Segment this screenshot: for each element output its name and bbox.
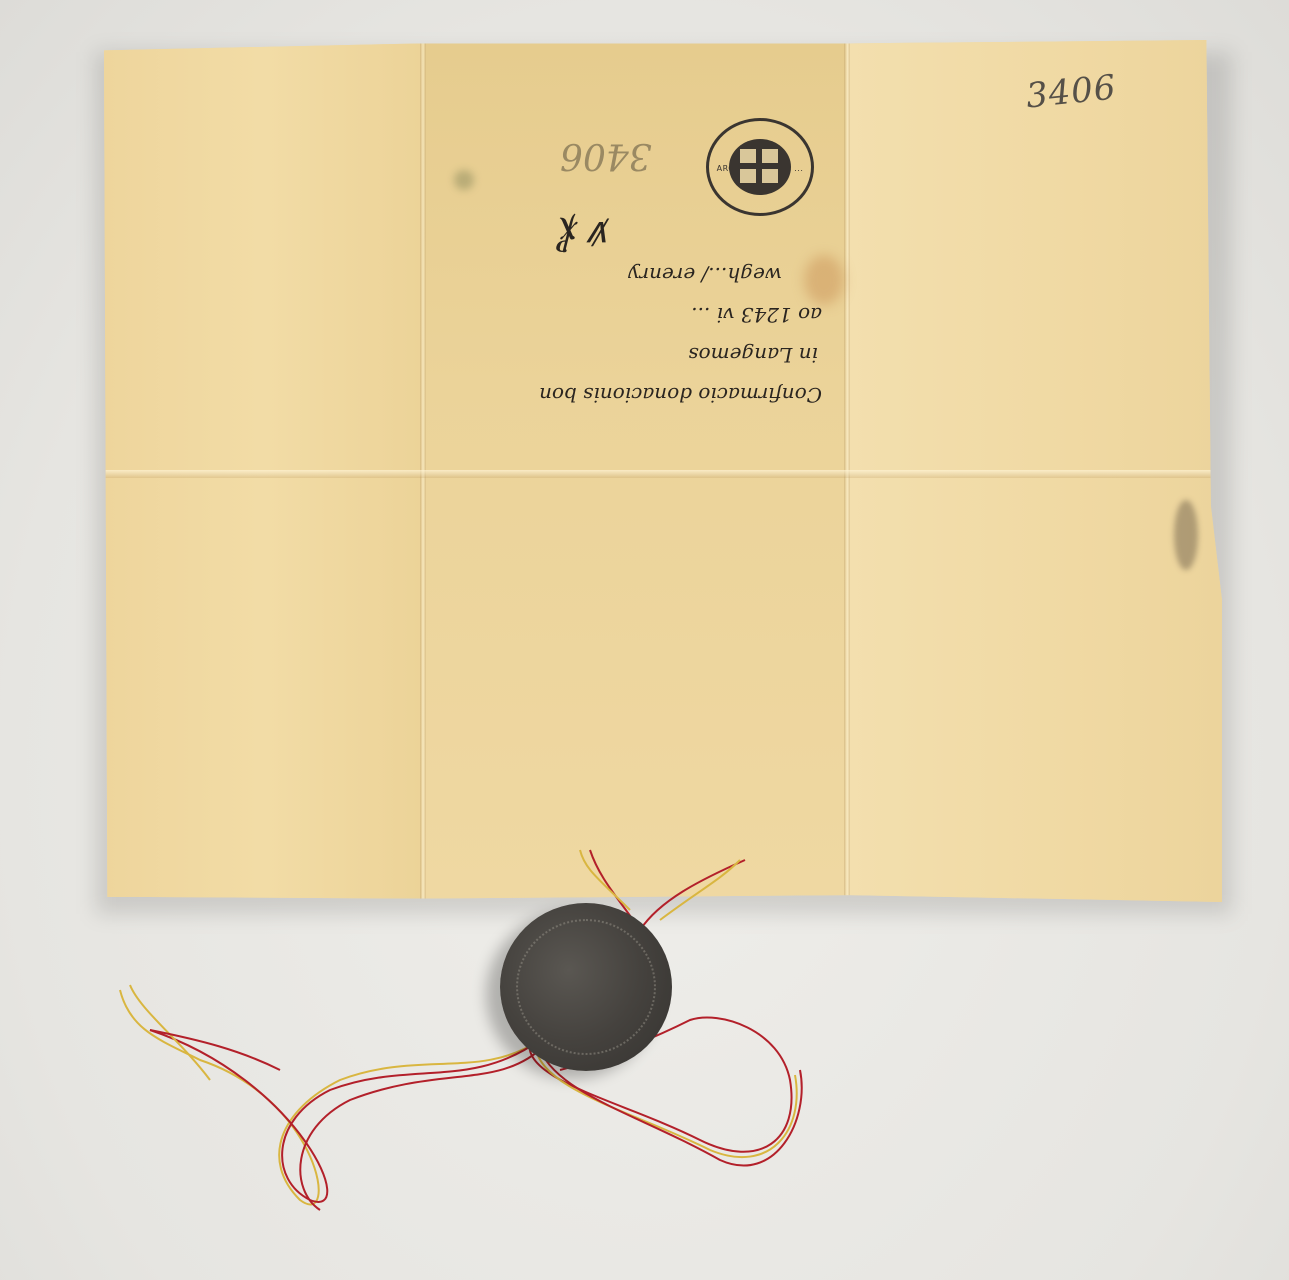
seal-cords — [0, 0, 1289, 1280]
seal-ring — [516, 919, 656, 1055]
wax-seal — [500, 903, 672, 1071]
